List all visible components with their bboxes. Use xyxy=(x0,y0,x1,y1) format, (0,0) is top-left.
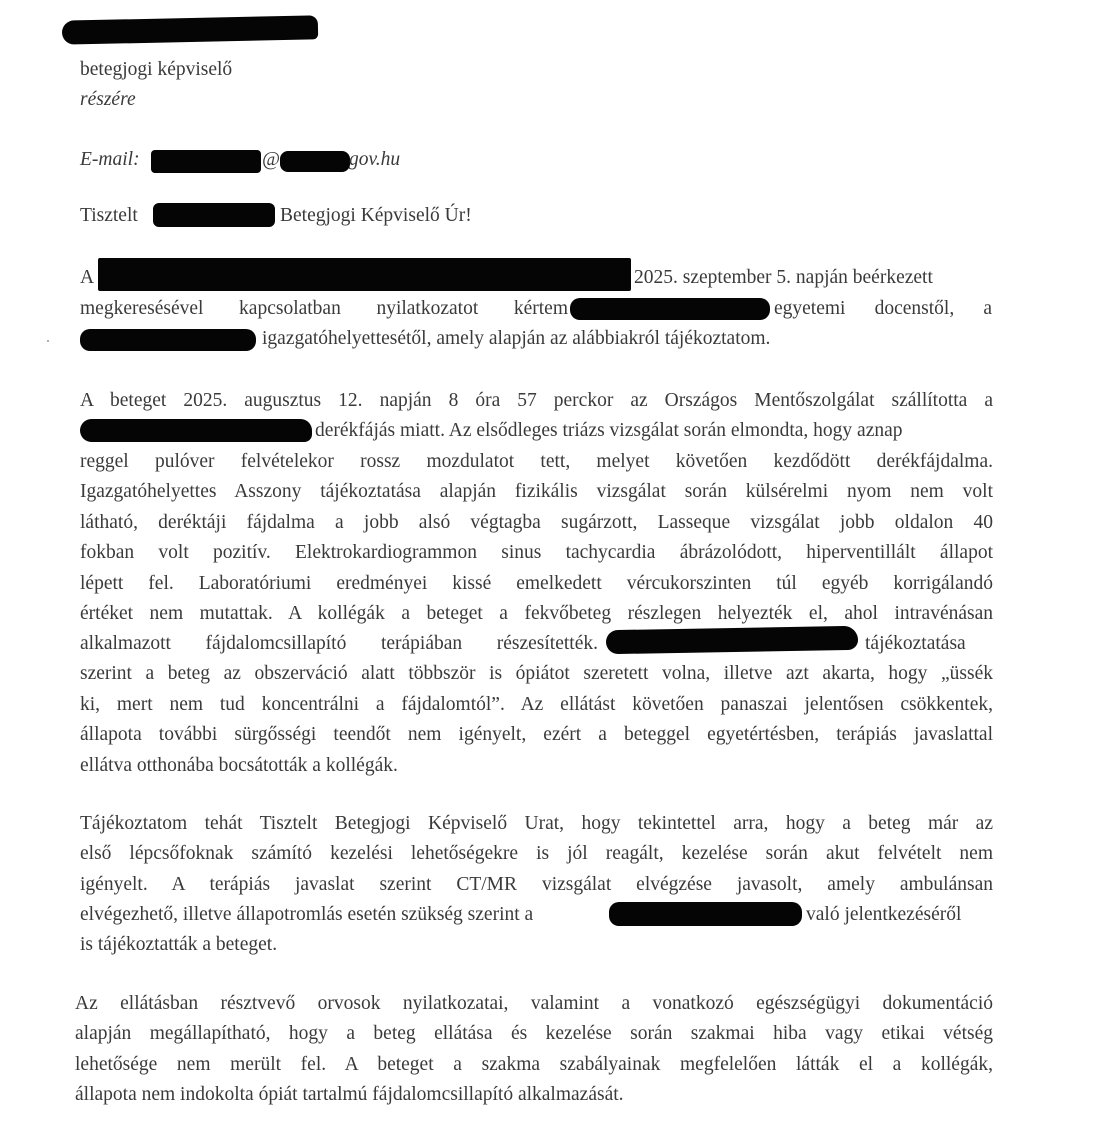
p2-line12: állapota további sürgősségi teendőt nem … xyxy=(80,723,993,747)
recipient-suffix: részére xyxy=(80,88,136,112)
p3-line3: igényelt. A terápiás javaslat szerint CT… xyxy=(80,873,993,897)
p4-line3: lehetősége nem merült fel. A beteget a s… xyxy=(75,1053,993,1077)
p2-line9-end: tájékoztatása xyxy=(865,632,966,656)
redacted-doctor-name xyxy=(606,626,858,654)
p3-line1: Tájékoztatom tehát Tisztelt Betegjogi Ké… xyxy=(80,812,993,836)
p1-line2-end: egyetemi docenstől, a xyxy=(774,297,992,321)
redacted-institution xyxy=(98,258,631,291)
p2-line1: A beteget 2025. augusztus 12. napján 8 ó… xyxy=(80,389,993,413)
redacted-email-domain xyxy=(280,151,350,172)
p3-line2: első lépcsőfoknak számító kezelési lehet… xyxy=(80,842,993,866)
p1-line1-end: 2025. szeptember 5. napján beérkezett xyxy=(634,266,933,290)
redacted-department xyxy=(80,419,312,442)
email-domain-suffix: gov.hu xyxy=(349,148,400,172)
p2-line9-start: alkalmazott fájdalomcsillapító terápiába… xyxy=(80,632,598,656)
p2-line13: ellátva otthonába bocsátották a kollégák… xyxy=(80,754,398,778)
p4-line2: alapján megállapítható, hogy a beteg ell… xyxy=(75,1022,993,1046)
p4-line1: Az ellátásban résztvevő orvosok nyilatko… xyxy=(75,992,993,1016)
email-label: E-mail: xyxy=(80,149,140,170)
p2-line2-end: derékfájás miatt. Az elsődleges triázs v… xyxy=(315,419,903,443)
p4-line4: állapota nem indokolta ópiát tartalmú fá… xyxy=(75,1083,624,1107)
p2-line5: látható, deréktáji fájdalma a jobb alsó … xyxy=(80,511,993,535)
p2-line4: Igazgatóhelyettes Asszony tájékoztatása … xyxy=(80,480,993,504)
redacted-recipient-name xyxy=(62,15,318,44)
recipient-role: betegjogi képviselő xyxy=(80,58,232,82)
redacted-deputy-name xyxy=(80,329,256,351)
p3-line4-end: való jelentkezéséről xyxy=(806,903,961,927)
redacted-docent-name xyxy=(570,298,770,320)
p2-line8: értéket nem mutattak. A kollégák a beteg… xyxy=(80,602,993,626)
email-at: @ xyxy=(262,148,280,172)
scan-speck xyxy=(47,340,49,342)
p1-line1-start: A xyxy=(80,266,94,290)
p1-line3-end: igazgatóhelyettesétől, amely alapján az … xyxy=(262,327,770,351)
p1-line2-start: megkeresésével kapcsolatban nyilatkozato… xyxy=(80,297,568,321)
redacted-recipient-name-salutation xyxy=(153,203,275,227)
p2-line10: szerint a beteg az obszerváció alatt töb… xyxy=(80,662,993,686)
email-line: E-mail: xyxy=(80,148,140,172)
p2-line6: fokban volt pozitív. Elektrokardiogrammo… xyxy=(80,541,993,565)
salutation-start: Tisztelt xyxy=(80,204,138,228)
redacted-email-user xyxy=(151,150,261,173)
p3-line4-start: elvégezhető, illetve állapotromlás eseté… xyxy=(80,903,533,927)
p2-line3: reggel pulóver felvételekor rossz mozdul… xyxy=(80,450,993,474)
redacted-facility xyxy=(609,902,802,926)
p3-line5: is tájékoztatták a beteget. xyxy=(80,933,277,957)
p2-line7: lépett fel. Laboratóriumi eredményei kis… xyxy=(80,572,993,596)
salutation-end: Betegjogi Képviselő Úr! xyxy=(280,204,472,228)
p2-line11: ki, mert nem tud koncentrálni a fájdalom… xyxy=(80,693,993,717)
